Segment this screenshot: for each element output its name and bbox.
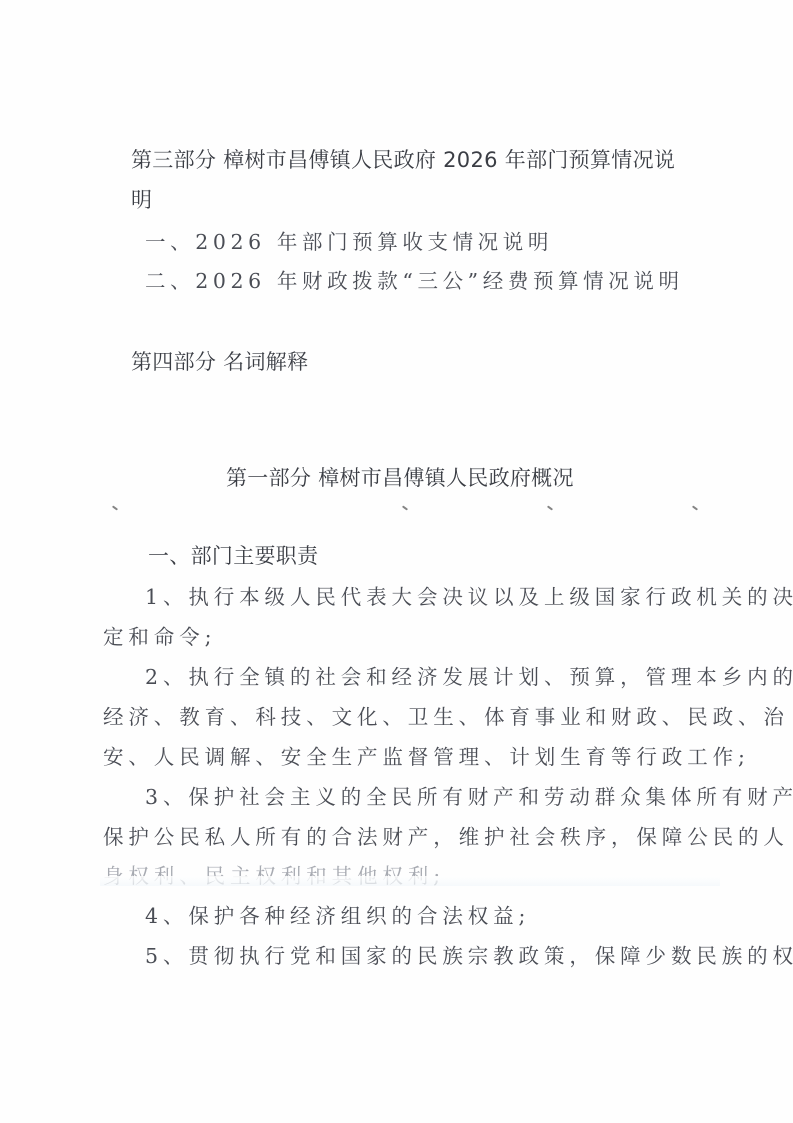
duty-2-line-1: 2、执行全镇的社会和经济发展计划、预算，管理本乡内的 bbox=[145, 667, 793, 688]
section1-heading: 一、部门主要职责 bbox=[148, 546, 318, 567]
duty-2-line-3: 安、人民调解、安全生产监督管理、计划生育等行政工作; bbox=[103, 747, 750, 768]
duty-3-line-2: 保护公民私人所有的合法财产，维护社会秩序，保障公民的人 bbox=[103, 827, 789, 848]
scan-artifact-band bbox=[100, 876, 720, 886]
toc-part3-item-1: 一、2026 年部门预算收支情况说明 bbox=[145, 232, 553, 253]
scan-mark bbox=[692, 505, 698, 510]
duty-1-line-2: 定和命令; bbox=[103, 627, 216, 648]
toc-part3-item-2: 二、2026 年财政拨款“三公”经费预算情况说明 bbox=[145, 271, 684, 292]
part1-heading: 第一部分 樟树市昌傅镇人民政府概况 bbox=[226, 468, 574, 489]
scan-mark bbox=[547, 505, 553, 510]
duty-5-line-1: 5、贯彻执行党和国家的民族宗教政策，保障少数民族的权 bbox=[145, 946, 793, 967]
scan-mark bbox=[402, 505, 408, 510]
document-page: 第三部分 樟树市昌傅镇人民政府 2026 年部门预算情况说 明 一、2026 年… bbox=[0, 0, 793, 1123]
duty-1-line-1: 1、执行本级人民代表大会决议以及上级国家行政机关的决 bbox=[145, 587, 793, 608]
toc-part4-title: 第四部分 名词解释 bbox=[131, 352, 308, 373]
duty-2-line-2: 经济、教育、科技、文化、卫生、体育事业和财政、民政、治 bbox=[103, 707, 789, 728]
duty-4-line-1: 4、保护各种经济组织的合法权益; bbox=[145, 906, 530, 927]
toc-part3-title-continued: 明 bbox=[131, 190, 152, 211]
duty-3-line-1: 3、保护社会主义的全民所有财产和劳动群众集体所有财产， bbox=[145, 787, 793, 808]
toc-part3-title: 第三部分 樟树市昌傅镇人民政府 2026 年部门预算情况说 bbox=[131, 150, 675, 171]
scan-mark bbox=[112, 505, 118, 510]
